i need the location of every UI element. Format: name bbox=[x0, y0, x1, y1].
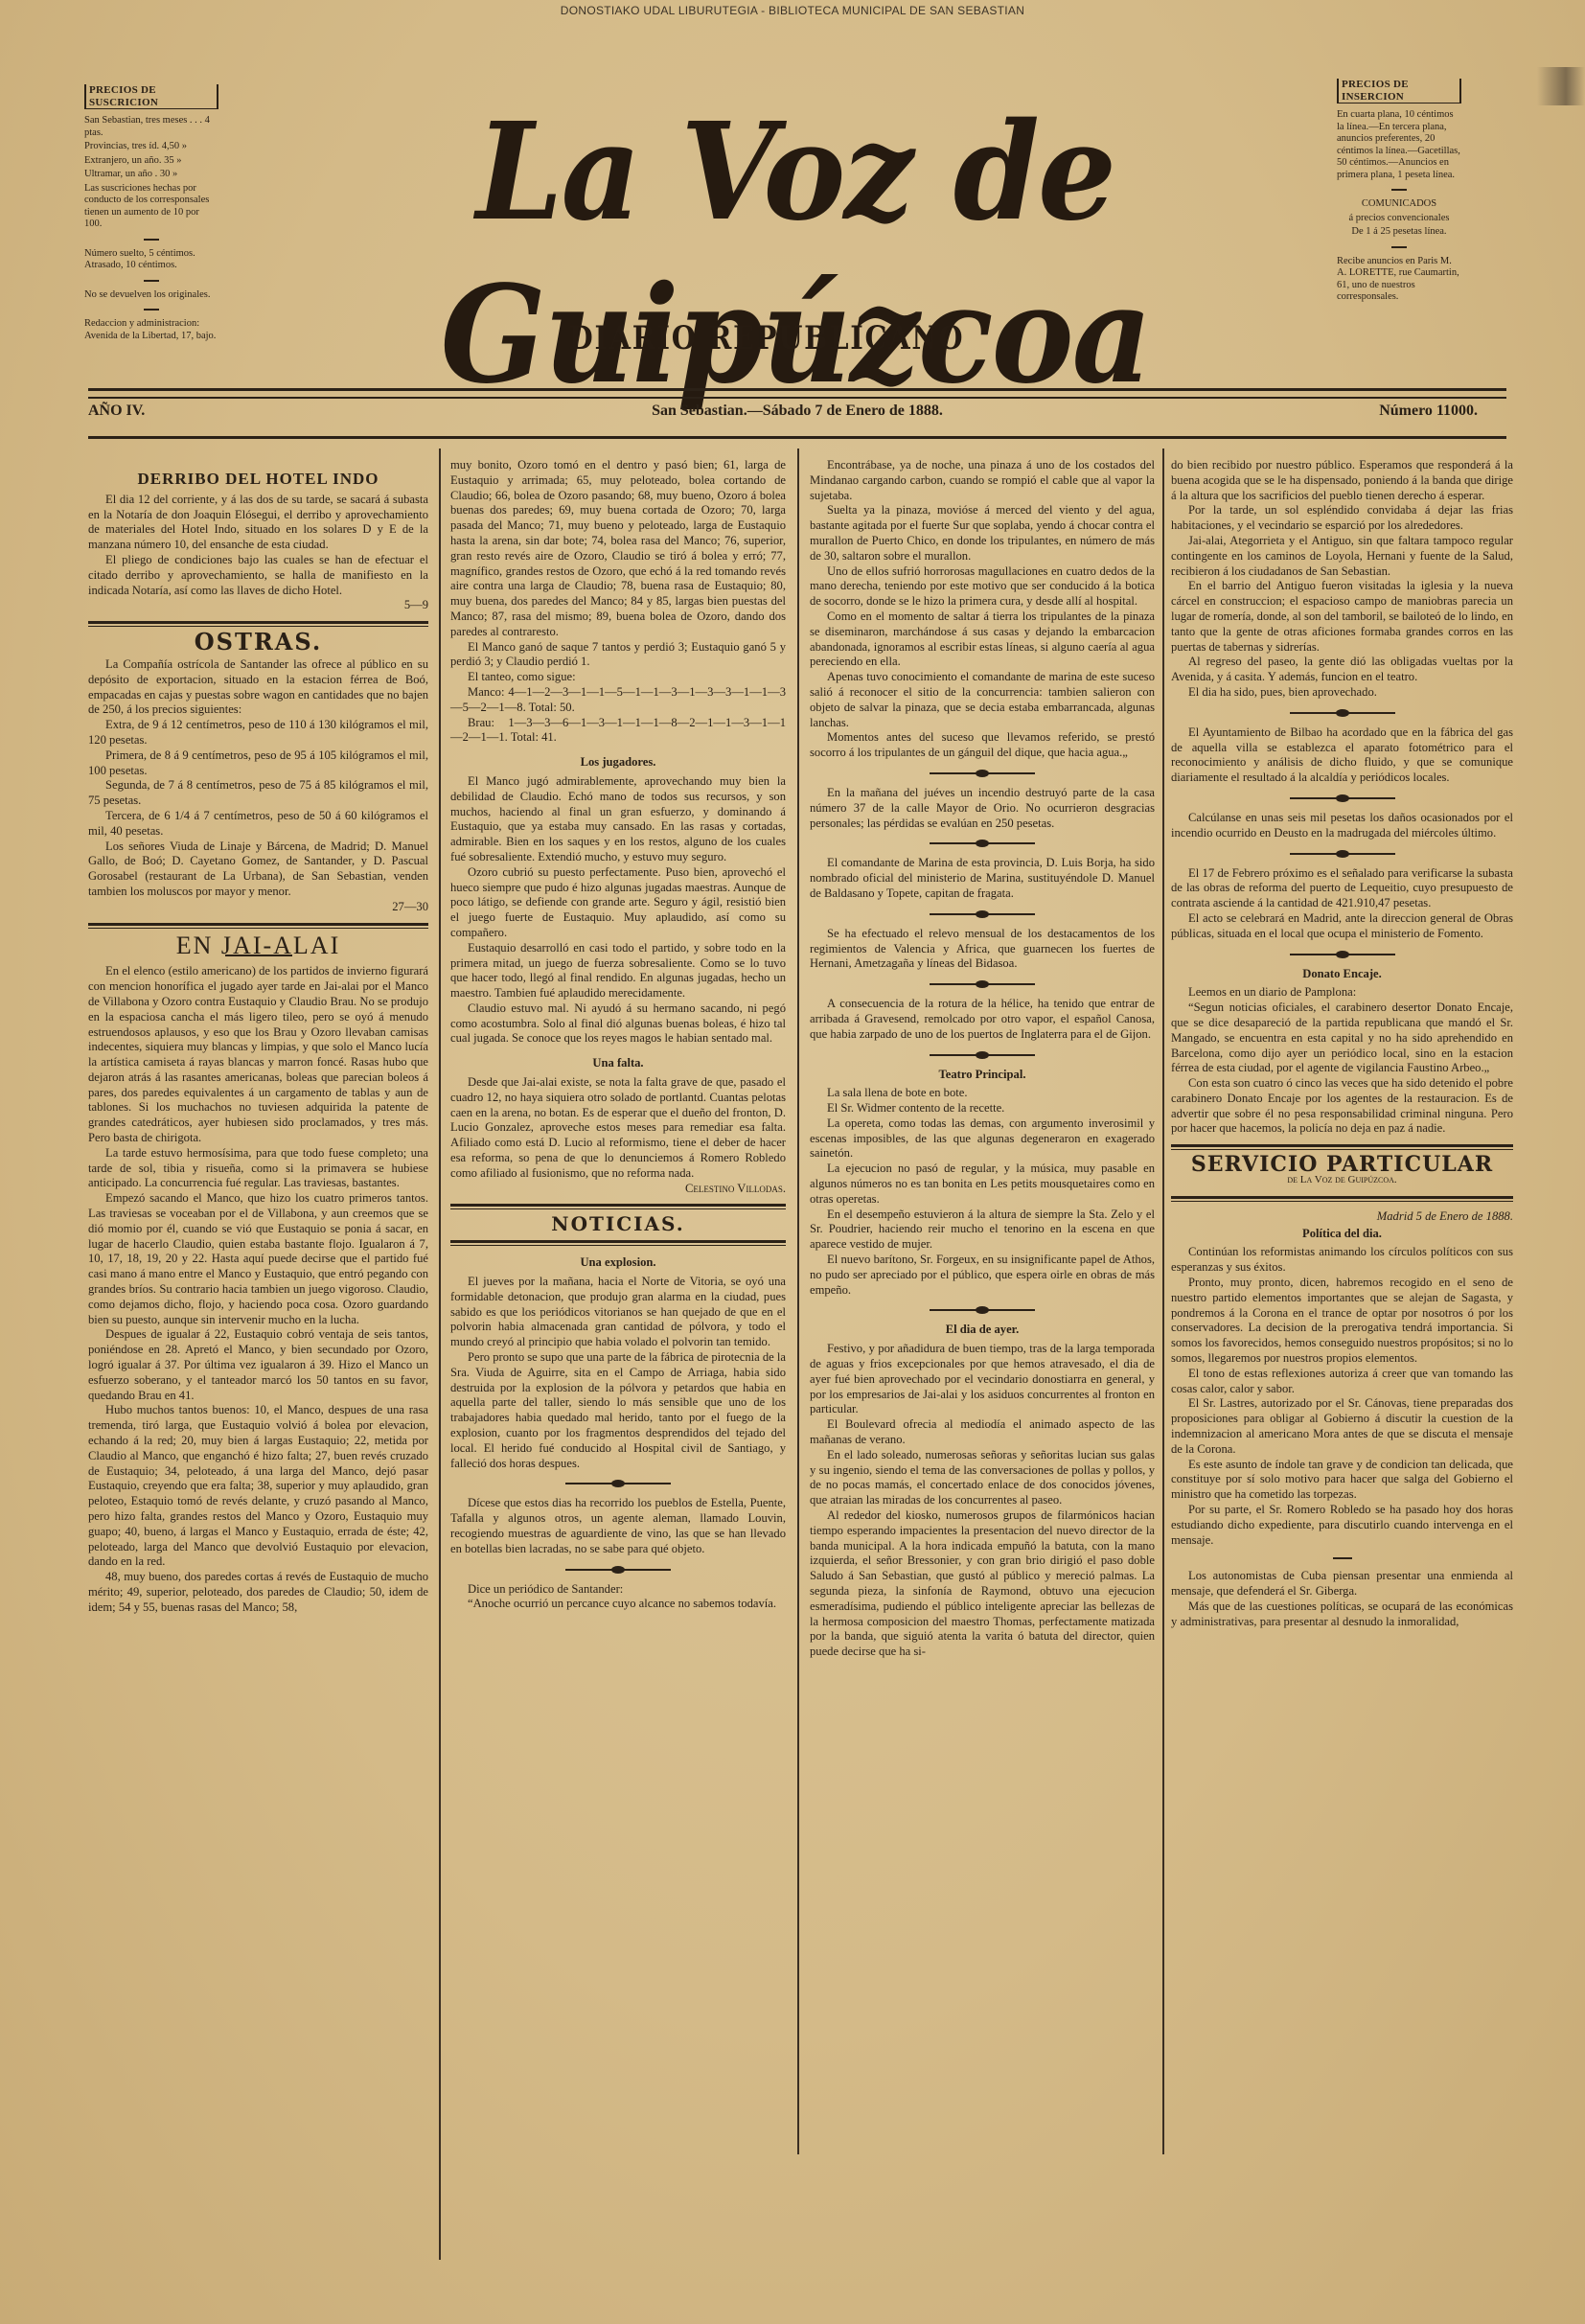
subheading-una-falta: Una falta. bbox=[450, 1056, 786, 1071]
divider bbox=[1391, 246, 1407, 248]
column-3: Encontrábase, ya de noche, una pinaza á … bbox=[810, 458, 1155, 1660]
paragraph: do bien recibido por nuestro público. Es… bbox=[1171, 458, 1513, 503]
paragraph: El tono de estas reflexiones autoriza á … bbox=[1171, 1367, 1513, 1397]
paragraph: El 17 de Febrero próximo es el señalado … bbox=[1171, 866, 1513, 911]
masthead-rule bbox=[88, 388, 1506, 399]
dateline: AÑO IV. San Sebastian.—Sábado 7 de Enero… bbox=[88, 403, 1506, 427]
paragraph: Continúan los reformistas animando los c… bbox=[1171, 1245, 1513, 1276]
newspaper-page: DONOSTIAKO UDAL LIBURUTEGIA - BIBLIOTECA… bbox=[0, 0, 1585, 2324]
paragraph: En el barrio del Antiguo fueron visitada… bbox=[1171, 579, 1513, 655]
paragraph: La Compañía ostrícola de Santander las o… bbox=[88, 657, 428, 718]
paragraph: Leemos en un diario de Pamplona: bbox=[1171, 985, 1513, 1001]
paragraph: El Boulevard ofrecia al mediodía el anim… bbox=[810, 1417, 1155, 1448]
paragraph: El Sr. Lastres, autorizado por el Sr. Cá… bbox=[1171, 1396, 1513, 1457]
paragraph: Dice un periódico de Santander: bbox=[450, 1582, 786, 1598]
paragraph: Como en el momento de saltar á tierra lo… bbox=[810, 610, 1155, 670]
paragraph: Más que de las cuestiones políticas, se … bbox=[1171, 1599, 1513, 1630]
section-title-servicio: SERVICIO PARTICULAR bbox=[1171, 1158, 1513, 1173]
column-1: DERRIBO DEL HOTEL INDO El dia 12 del cor… bbox=[88, 458, 428, 1616]
paris-agent: Recibe anuncios en Paris M. A. LORETTE, … bbox=[1337, 256, 1461, 304]
dispatch-date: Madrid 5 de Enero de 1888. bbox=[1171, 1209, 1513, 1225]
ornament-divider bbox=[930, 840, 1035, 846]
paragraph: La opereta, como todas las demas, con ar… bbox=[810, 1116, 1155, 1162]
paragraph: “Segun noticias oficiales, el carabinero… bbox=[1171, 1001, 1513, 1076]
price-line: Extranjero, un año. 35 » bbox=[84, 155, 218, 168]
ornament-divider bbox=[565, 1567, 671, 1573]
paragraph: Desde que Jai-alai existe, se nota la fa… bbox=[450, 1075, 786, 1182]
section-rule bbox=[88, 621, 428, 627]
ornament-divider bbox=[565, 1481, 671, 1486]
paragraph: El pliego de condiciones bajo las cuales… bbox=[88, 553, 428, 598]
section-rule bbox=[1171, 1196, 1513, 1202]
paragraph: Tercera, de 6 1/4 á 7 centímetros, peso … bbox=[88, 809, 428, 840]
paragraph: Pronto, muy pronto, dicen, habremos reco… bbox=[1171, 1276, 1513, 1367]
paragraph: El nuevo barítono, Sr. Forgeux, en su in… bbox=[810, 1253, 1155, 1298]
price-line: Ultramar, un año . 30 » bbox=[84, 169, 218, 181]
archive-banner: DONOSTIAKO UDAL LIBURUTEGIA - BIBLIOTECA… bbox=[0, 4, 1585, 17]
column-rule bbox=[797, 449, 799, 2154]
ornament-divider bbox=[930, 1307, 1035, 1313]
ornament-divider bbox=[930, 981, 1035, 987]
section-rule bbox=[450, 1204, 786, 1209]
paragraph: Hubo muchos tantos buenos: 10, el Manco,… bbox=[88, 1403, 428, 1570]
section-rule bbox=[1171, 1144, 1513, 1150]
price-line: Las suscriciones hechas por conducto de … bbox=[84, 183, 218, 231]
ornament-divider bbox=[930, 911, 1035, 917]
paragraph: En el elenco (estilo americano) de los p… bbox=[88, 964, 428, 1146]
paragraph: Al rededor del kiosko, numerosos grupos … bbox=[810, 1508, 1155, 1660]
paragraph: Los autonomistas de Cuba piensan present… bbox=[1171, 1569, 1513, 1599]
divider bbox=[144, 280, 159, 282]
paragraph: Claudio estuvo mal. Ni ayudó á su herman… bbox=[450, 1001, 786, 1047]
ornament-divider bbox=[1290, 851, 1395, 857]
paragraph: Al regreso del paseo, la gente dió las o… bbox=[1171, 655, 1513, 685]
insertion-rates: En cuarta plana, 10 céntimos la línea.—E… bbox=[1337, 109, 1461, 181]
paragraph: Momentos antes del suceso que llevamos r… bbox=[810, 730, 1155, 761]
issue-number: Número 11000. bbox=[1379, 403, 1478, 420]
paragraph: Ozoro cubrió su puesto perfectamente. Pu… bbox=[450, 865, 786, 941]
paragraph: Eustaquio desarrolló en casi todo el par… bbox=[450, 941, 786, 1001]
paragraph: El jueves por la mañana, hacia el Norte … bbox=[450, 1275, 786, 1350]
paragraph: El tanteo, como sigue: bbox=[450, 670, 786, 685]
ornament-divider bbox=[930, 771, 1035, 776]
subheading-donato-encaje: Donato Encaje. bbox=[1171, 967, 1513, 982]
score-manco: Manco: 4—1—2—3—1—1—5—1—1—3—1—3—3—1—1—3—5… bbox=[450, 685, 786, 716]
paragraph: Primera, de 8 á 9 centímetros, peso de 9… bbox=[88, 748, 428, 779]
comunicados-title: COMUNICADOS bbox=[1337, 198, 1461, 211]
paragraph: El comandante de Marina de esta provinci… bbox=[810, 856, 1155, 901]
price-line: San Sebastian, tres meses . . . 4 ptas. bbox=[84, 115, 218, 139]
office-address: Redaccion y administracion: Avenida de l… bbox=[84, 318, 218, 342]
insertion-prices-box: PRECIOS DE INSERCION En cuarta plana, 10… bbox=[1337, 79, 1461, 306]
paragraph: Pero pronto se supo que una parte de la … bbox=[450, 1350, 786, 1471]
paragraph: El Manco ganó de saque 7 tantos y perdió… bbox=[450, 640, 786, 671]
paragraph: muy bonito, Ozoro tomó en el dentro y pa… bbox=[450, 458, 786, 640]
subheading-teatro: Teatro Principal. bbox=[810, 1068, 1155, 1083]
author-signature: Celestino Villodas. bbox=[450, 1182, 786, 1197]
paragraph: El dia 12 del corriente, y á las dos de … bbox=[88, 493, 428, 553]
article-title-ostras: OSTRAS. bbox=[88, 634, 428, 650]
comunicados-line: á precios convencionales bbox=[1337, 213, 1461, 225]
paragraph: El Manco jugó admirablemente, aprovechan… bbox=[450, 774, 786, 865]
ornament-divider bbox=[930, 1052, 1035, 1058]
article-title-jai-alai: EN JAI-ALAI bbox=[88, 938, 428, 954]
paragraph: Uno de ellos sufrió horrorosas magullaci… bbox=[810, 564, 1155, 610]
divider bbox=[1333, 1557, 1352, 1559]
scan-artifact bbox=[1537, 67, 1585, 105]
subscription-prices-box: PRECIOS DE SUSCRICION San Sebastian, tre… bbox=[84, 84, 218, 344]
paragraph: En la mañana del juéves un incendio dest… bbox=[810, 786, 1155, 831]
paragraph: Es este asunto de índole tan grave y de … bbox=[1171, 1458, 1513, 1503]
insertion-prices-title: PRECIOS DE INSERCION bbox=[1337, 79, 1461, 104]
section-rule bbox=[88, 923, 428, 929]
column-2: muy bonito, Ozoro tomó en el dentro y pa… bbox=[450, 458, 786, 1612]
paragraph: La tarde estuvo hermosísima, para que to… bbox=[88, 1146, 428, 1191]
paragraph: El Sr. Widmer contento de la recette. bbox=[810, 1101, 1155, 1116]
dateline-rule bbox=[88, 436, 1506, 439]
paragraph: En el lado soleado, numerosas señoras y … bbox=[810, 1448, 1155, 1508]
divider bbox=[144, 239, 159, 241]
section-rule bbox=[450, 1240, 786, 1246]
paragraph: El acto se celebrará en Madrid, ante la … bbox=[1171, 911, 1513, 942]
paragraph: Por su parte, el Sr. Romero Robledo se h… bbox=[1171, 1503, 1513, 1548]
ad-reference: 5—9 bbox=[88, 598, 428, 613]
subheading-dia-de-ayer: El dia de ayer. bbox=[810, 1323, 1155, 1338]
paragraph: En el desempeño estuvieron á la altura d… bbox=[810, 1208, 1155, 1253]
subheading-jugadores: Los jugadores. bbox=[450, 755, 786, 771]
comunicados-line: De 1 á 25 pesetas línea. bbox=[1337, 226, 1461, 239]
paragraph: Por la tarde, un sol espléndido convidab… bbox=[1171, 503, 1513, 534]
paragraph: Extra, de 9 á 12 centímetros, peso de 11… bbox=[88, 718, 428, 748]
ornament-divider bbox=[1290, 710, 1395, 716]
paragraph: Con esta son cuatro ó cinco las veces qu… bbox=[1171, 1076, 1513, 1137]
paragraph: Suelta ya la pinaza, movióse á merced de… bbox=[810, 503, 1155, 564]
divider bbox=[144, 309, 159, 311]
paragraph: 48, muy bueno, dos paredes cortas á revé… bbox=[88, 1570, 428, 1615]
subscription-prices-title: PRECIOS DE SUSCRICION bbox=[84, 84, 218, 109]
paragraph: Dícese que estos dias ha recorrido los p… bbox=[450, 1496, 786, 1556]
paragraph: Se ha efectuado el relevo mensual de los… bbox=[810, 927, 1155, 972]
paragraph: Empezó sacando el Manco, que hizo los cu… bbox=[88, 1191, 428, 1327]
paragraph: A consecuencia de la rotura de la hélice… bbox=[810, 997, 1155, 1042]
article-title-hotel-indo: DERRIBO DEL HOTEL INDO bbox=[88, 472, 428, 487]
single-copy-price: Número suelto, 5 céntimos. Atrasado, 10 … bbox=[84, 248, 218, 272]
newspaper-title: La Voz de Guipúzcoa bbox=[315, 91, 1276, 417]
paragraph: Jai-alai, Ategorrieta y el Antiguo, sin … bbox=[1171, 534, 1513, 579]
subheading-politica: Política del dia. bbox=[1171, 1227, 1513, 1242]
section-title-noticias: NOTICIAS. bbox=[450, 1217, 786, 1232]
paragraph: La sala llena de bote en bote. bbox=[810, 1086, 1155, 1101]
paragraph: Apenas tuvo conocimiento el comandante d… bbox=[810, 670, 1155, 730]
column-rule bbox=[1162, 449, 1164, 2154]
divider bbox=[1391, 189, 1407, 191]
place-date: San Sebastian.—Sábado 7 de Enero de 1888… bbox=[88, 403, 1506, 420]
paragraph: Despues de igualar á 22, Eustaquio cobró… bbox=[88, 1327, 428, 1403]
ornament-divider bbox=[1290, 795, 1395, 801]
subheading-explosion: Una explosion. bbox=[450, 1255, 786, 1271]
paragraph: El Ayuntamiento de Bilbao ha acordado qu… bbox=[1171, 725, 1513, 786]
paragraph: Calcúlanse en unas seis mil pesetas los … bbox=[1171, 811, 1513, 841]
score-brau: Brau: 1—3—3—6—1—3—1—1—1—8—2—1—1—3—1—1—2—… bbox=[450, 716, 786, 747]
returns-note: No se devuelven los originales. bbox=[84, 289, 218, 302]
paragraph: Segunda, de 7 á 8 centímetros, peso de 7… bbox=[88, 778, 428, 809]
paragraph: Festivo, y por añadidura de buen tiempo,… bbox=[810, 1342, 1155, 1417]
price-line: Provincias, tres íd. 4,50 » bbox=[84, 141, 218, 153]
ad-reference: 27—30 bbox=[88, 900, 428, 915]
paragraph: “Anoche ocurrió un percance cuyo alcance… bbox=[450, 1597, 786, 1612]
paragraph: La ejecucion no pasó de regular, y la mú… bbox=[810, 1162, 1155, 1207]
newspaper-subtitle: DIARIO REPUBLICANO bbox=[522, 319, 1011, 357]
ornament-divider bbox=[1290, 952, 1395, 957]
paragraph: Encontrábase, ya de noche, una pinaza á … bbox=[810, 458, 1155, 503]
column-4: do bien recibido por nuestro público. Es… bbox=[1171, 458, 1513, 1630]
column-rule bbox=[439, 449, 441, 2260]
paragraph: Los señores Viuda de Linaje y Bárcena, d… bbox=[88, 840, 428, 900]
paragraph: El dia ha sido, pues, bien aprovechado. bbox=[1171, 685, 1513, 701]
